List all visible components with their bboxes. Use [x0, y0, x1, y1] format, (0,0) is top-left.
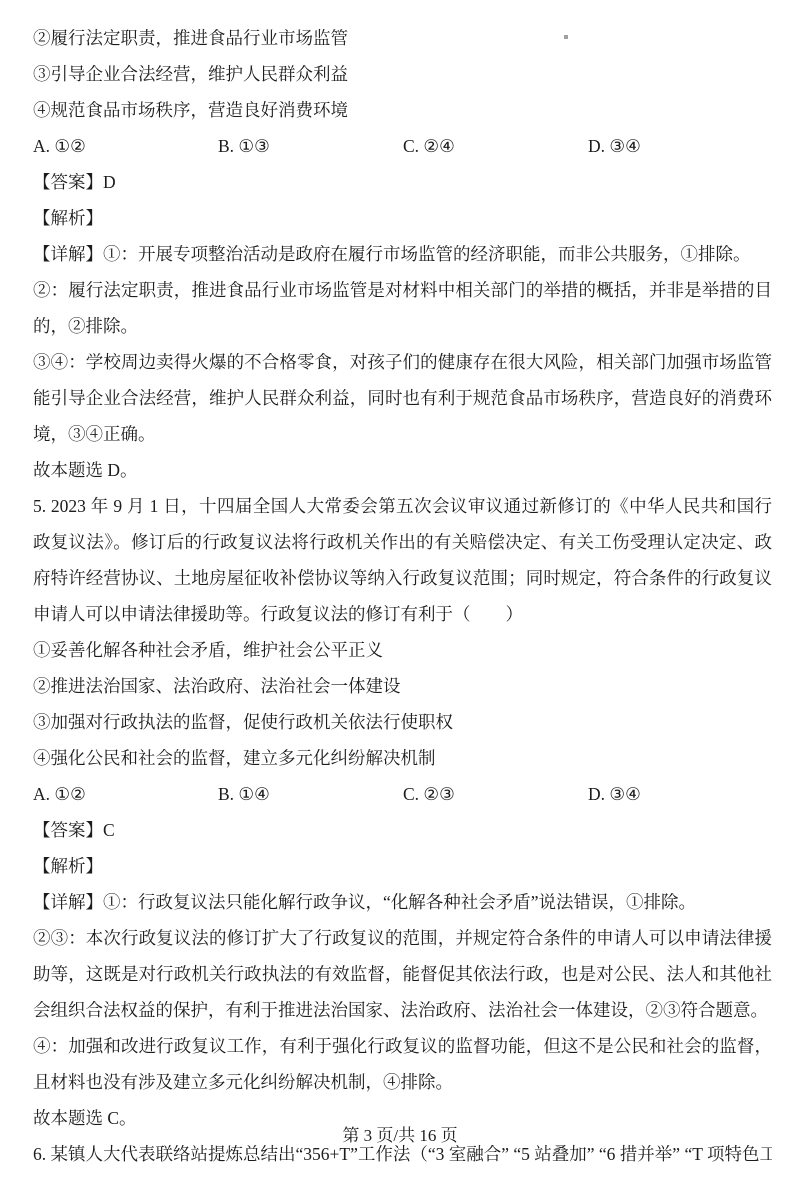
q5-choice-b: B. ①④	[218, 776, 403, 812]
q4-choice-d: D. ③④	[588, 128, 641, 164]
q4-detail-3: ③④：学校周边卖得火爆的不合格零食，对孩子们的健康存在很大风险，相关部门加强市场…	[33, 344, 772, 452]
q4-choice-c: C. ②④	[403, 128, 588, 164]
q5-choice-d: D. ③④	[588, 776, 641, 812]
page-content: ②履行法定职责，推进食品行业市场监管 ③引导企业合法经营，维护人民群众利益 ④规…	[0, 0, 800, 1172]
q4-choice-b: B. ①③	[218, 128, 403, 164]
q4-choices-row: A. ①② B. ①③ C. ②④ D. ③④	[33, 128, 772, 164]
q5-answer-value: C	[103, 820, 115, 840]
q5-answer-label: 【答案】	[33, 820, 103, 840]
exam-document-page: ②履行法定职责，推进食品行业市场监管 ③引导企业合法经营，维护人民群众利益 ④规…	[0, 0, 800, 1181]
page-number: 第 3 页/共 16 页	[342, 1126, 457, 1145]
q5-choices-row: A. ①② B. ①④ C. ②③ D. ③④	[33, 776, 772, 812]
q5-option-line-4: ④强化公民和社会的监督，建立多元化纠纷解决机制	[33, 740, 772, 776]
q5-choice-c: C. ②③	[403, 776, 588, 812]
q4-choice-a: A. ①②	[33, 128, 218, 164]
q5-option-line-1: ①妥善化解各种社会矛盾，维护社会公平正义	[33, 632, 772, 668]
q5-analysis-label: 【解析】	[33, 848, 772, 884]
q5-detail-2: ②③：本次行政复议法的修订扩大了行政复议的范围，并规定符合条件的申请人可以申请法…	[33, 920, 772, 1028]
q5-answer-line: 【答案】C	[33, 812, 772, 848]
q5-stem: 5. 2023 年 9 月 1 日，十四届全国人大常委会第五次会议审议通过新修订…	[33, 488, 772, 632]
q4-option-line-3: ③引导企业合法经营，维护人民群众利益	[33, 56, 772, 92]
q5-option-line-3: ③加强对行政执法的监督，促使行政机关依法行使职权	[33, 704, 772, 740]
q4-answer-line: 【答案】D	[33, 164, 772, 200]
q4-analysis-label: 【解析】	[33, 200, 772, 236]
q5-option-line-2: ②推进法治国家、法治政府、法治社会一体建设	[33, 668, 772, 704]
scan-speck	[564, 35, 568, 39]
q4-option-line-4: ④规范食品市场秩序，营造良好消费环境	[33, 92, 772, 128]
q5-choice-a: A. ①②	[33, 776, 218, 812]
q4-conclusion: 故本题选 D。	[33, 452, 772, 488]
q4-detail-2: ②：履行法定职责，推进食品行业市场监管是对材料中相关部门的举措的概括，并非是举措…	[33, 272, 772, 344]
q4-answer-label: 【答案】	[33, 172, 103, 192]
q4-option-line-2: ②履行法定职责，推进食品行业市场监管	[33, 20, 772, 56]
q4-detail-1: 【详解】①：开展专项整治活动是政府在履行市场监管的经济职能，而非公共服务，①排除…	[33, 236, 772, 272]
q5-detail-1: 【详解】①：行政复议法只能化解行政争议，“化解各种社会矛盾”说法错误，①排除。	[33, 884, 772, 920]
page-footer: 第 3 页/共 16 页	[0, 1124, 800, 1148]
q5-detail-3: ④：加强和改进行政复议工作，有利于强化行政复议的监督功能，但这不是公民和社会的监…	[33, 1028, 772, 1100]
q4-answer-value: D	[103, 172, 116, 192]
